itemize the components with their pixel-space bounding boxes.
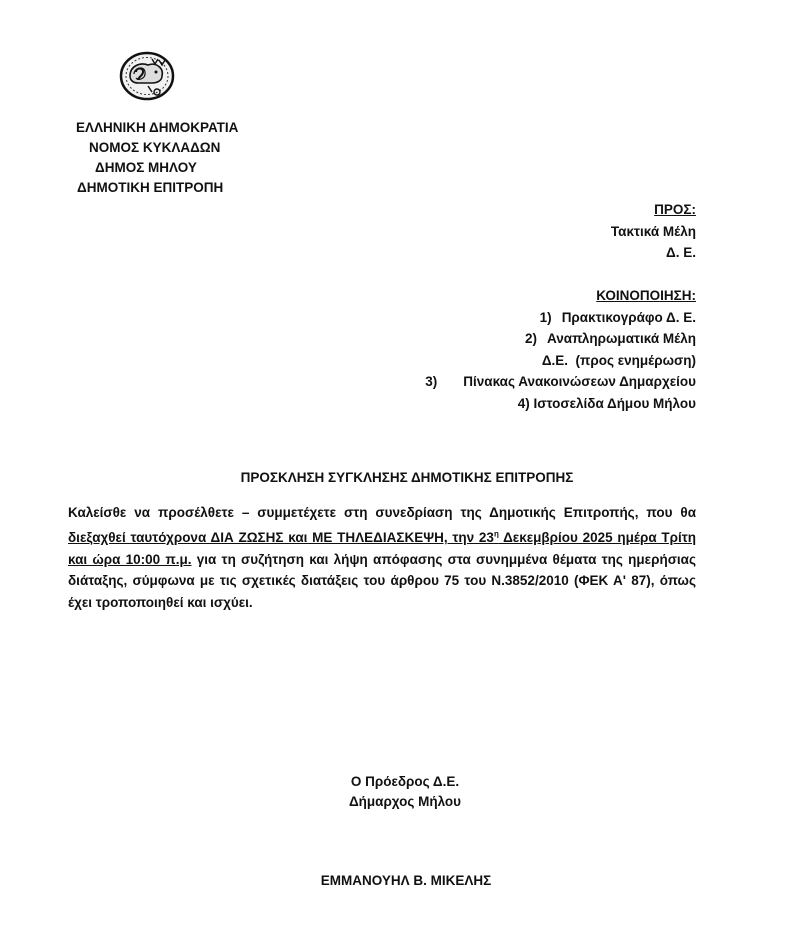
to-line: Δ. Ε. [425, 242, 696, 264]
cc-item-continuation: Δ.Ε. (προς ενημέρωση) [425, 350, 696, 372]
recipients-block: ΠΡΟΣ: Τακτικά Μέλη Δ. Ε. ΚΟΙΝΟΠΟΙΗΣΗ: 1)… [425, 199, 696, 414]
ancient-coin-logo-icon [118, 50, 176, 102]
cc-item-text: Δ.Ε. (προς ενημέρωση) [542, 353, 696, 368]
cc-item-text: Ιστοσελίδα Δήμου Μήλου [533, 396, 696, 411]
signatory-name-text: ΕΜΜΑΝΟΥΗΛ Β. ΜΙΚΕΛΗΣ [321, 873, 491, 888]
body-text-intro: Καλείσθε να προσέλθετε – συμμετέχετε στη… [68, 505, 696, 520]
cc-item-text: Πίνακας Ανακοινώσεων Δημαρχείου [463, 374, 696, 389]
signature-role: Δήμαρχος Μήλου [6, 792, 804, 812]
to-line: Τακτικά Μέλη [425, 221, 696, 243]
invitation-title: ΠΡΟΣΚΛΗΣΗ ΣΥΓΚΛΗΣΗΣ ΔΗΜΟΤΙΚΗΣ ΕΠΙΤΡΟΠΗΣ [241, 470, 574, 485]
letterhead: ΕΛΛΗΝΙΚΗ ΔΗΜΟΚΡΑΤΙΑ ΝΟΜΟΣ ΚΥΚΛΑΔΩΝ ΔΗΜΟΣ… [70, 118, 250, 198]
cc-item: 2)Αναπληρωματικά Μέλη [425, 328, 696, 350]
signature-role: Ο Πρόεδρος Δ.Ε. [6, 772, 804, 792]
cc-item: 1)Πρακτικογράφο Δ. Ε. [425, 307, 696, 329]
cc-item-text: Πρακτικογράφο Δ. Ε. [562, 310, 696, 325]
cc-item: 3)Πίνακας Ανακοινώσεων Δημαρχείου [425, 371, 696, 393]
cc-item: 4) Ιστοσελίδα Δήμου Μήλου [425, 393, 696, 415]
cc-item-number: 3) [425, 371, 437, 393]
meeting-date-text: διεξαχθεί ταυτόχρονα ΔΙΑ ΖΩΣΗΣ και ΜΕ ΤΗ… [68, 530, 494, 545]
letterhead-line-prefecture: ΝΟΜΟΣ ΚΥΚΛΑΔΩΝ [70, 138, 250, 158]
letterhead-line-republic: ΕΛΛΗΝΙΚΗ ΔΗΜΟΚΡΑΤΙΑ [70, 118, 250, 138]
municipality-logo [118, 50, 176, 102]
cc-item-number: 2) [525, 328, 537, 350]
signature-block: Ο Πρόεδρος Δ.Ε. Δήμαρχος Μήλου [0, 772, 804, 812]
cc-item-number: 4) [518, 396, 530, 411]
cc-label: ΚΟΙΝΟΠΟΙΗΣΗ: [425, 285, 696, 307]
invitation-body: Καλείσθε να προσέλθετε – συμμετέχετε στη… [68, 502, 696, 613]
signatory-name: ΕΜΜΑΝΟΥΗΛ Β. ΜΙΚΕΛΗΣ [0, 873, 804, 888]
letterhead-line-municipality: ΔΗΜΟΣ ΜΗΛΟΥ [70, 158, 250, 178]
document-title: ΠΡΟΣΚΛΗΣΗ ΣΥΓΚΛΗΣΗΣ ΔΗΜΟΤΙΚΗΣ ΕΠΙΤΡΟΠΗΣ [0, 470, 804, 485]
to-label: ΠΡΟΣ: [425, 199, 696, 221]
cc-item-text: Αναπληρωματικά Μέλη [547, 331, 696, 346]
cc-item-number: 1) [540, 307, 552, 329]
letterhead-line-committee: ΔΗΜΟΤΙΚΗ ΕΠΙΤΡΟΠΗ [70, 178, 250, 198]
